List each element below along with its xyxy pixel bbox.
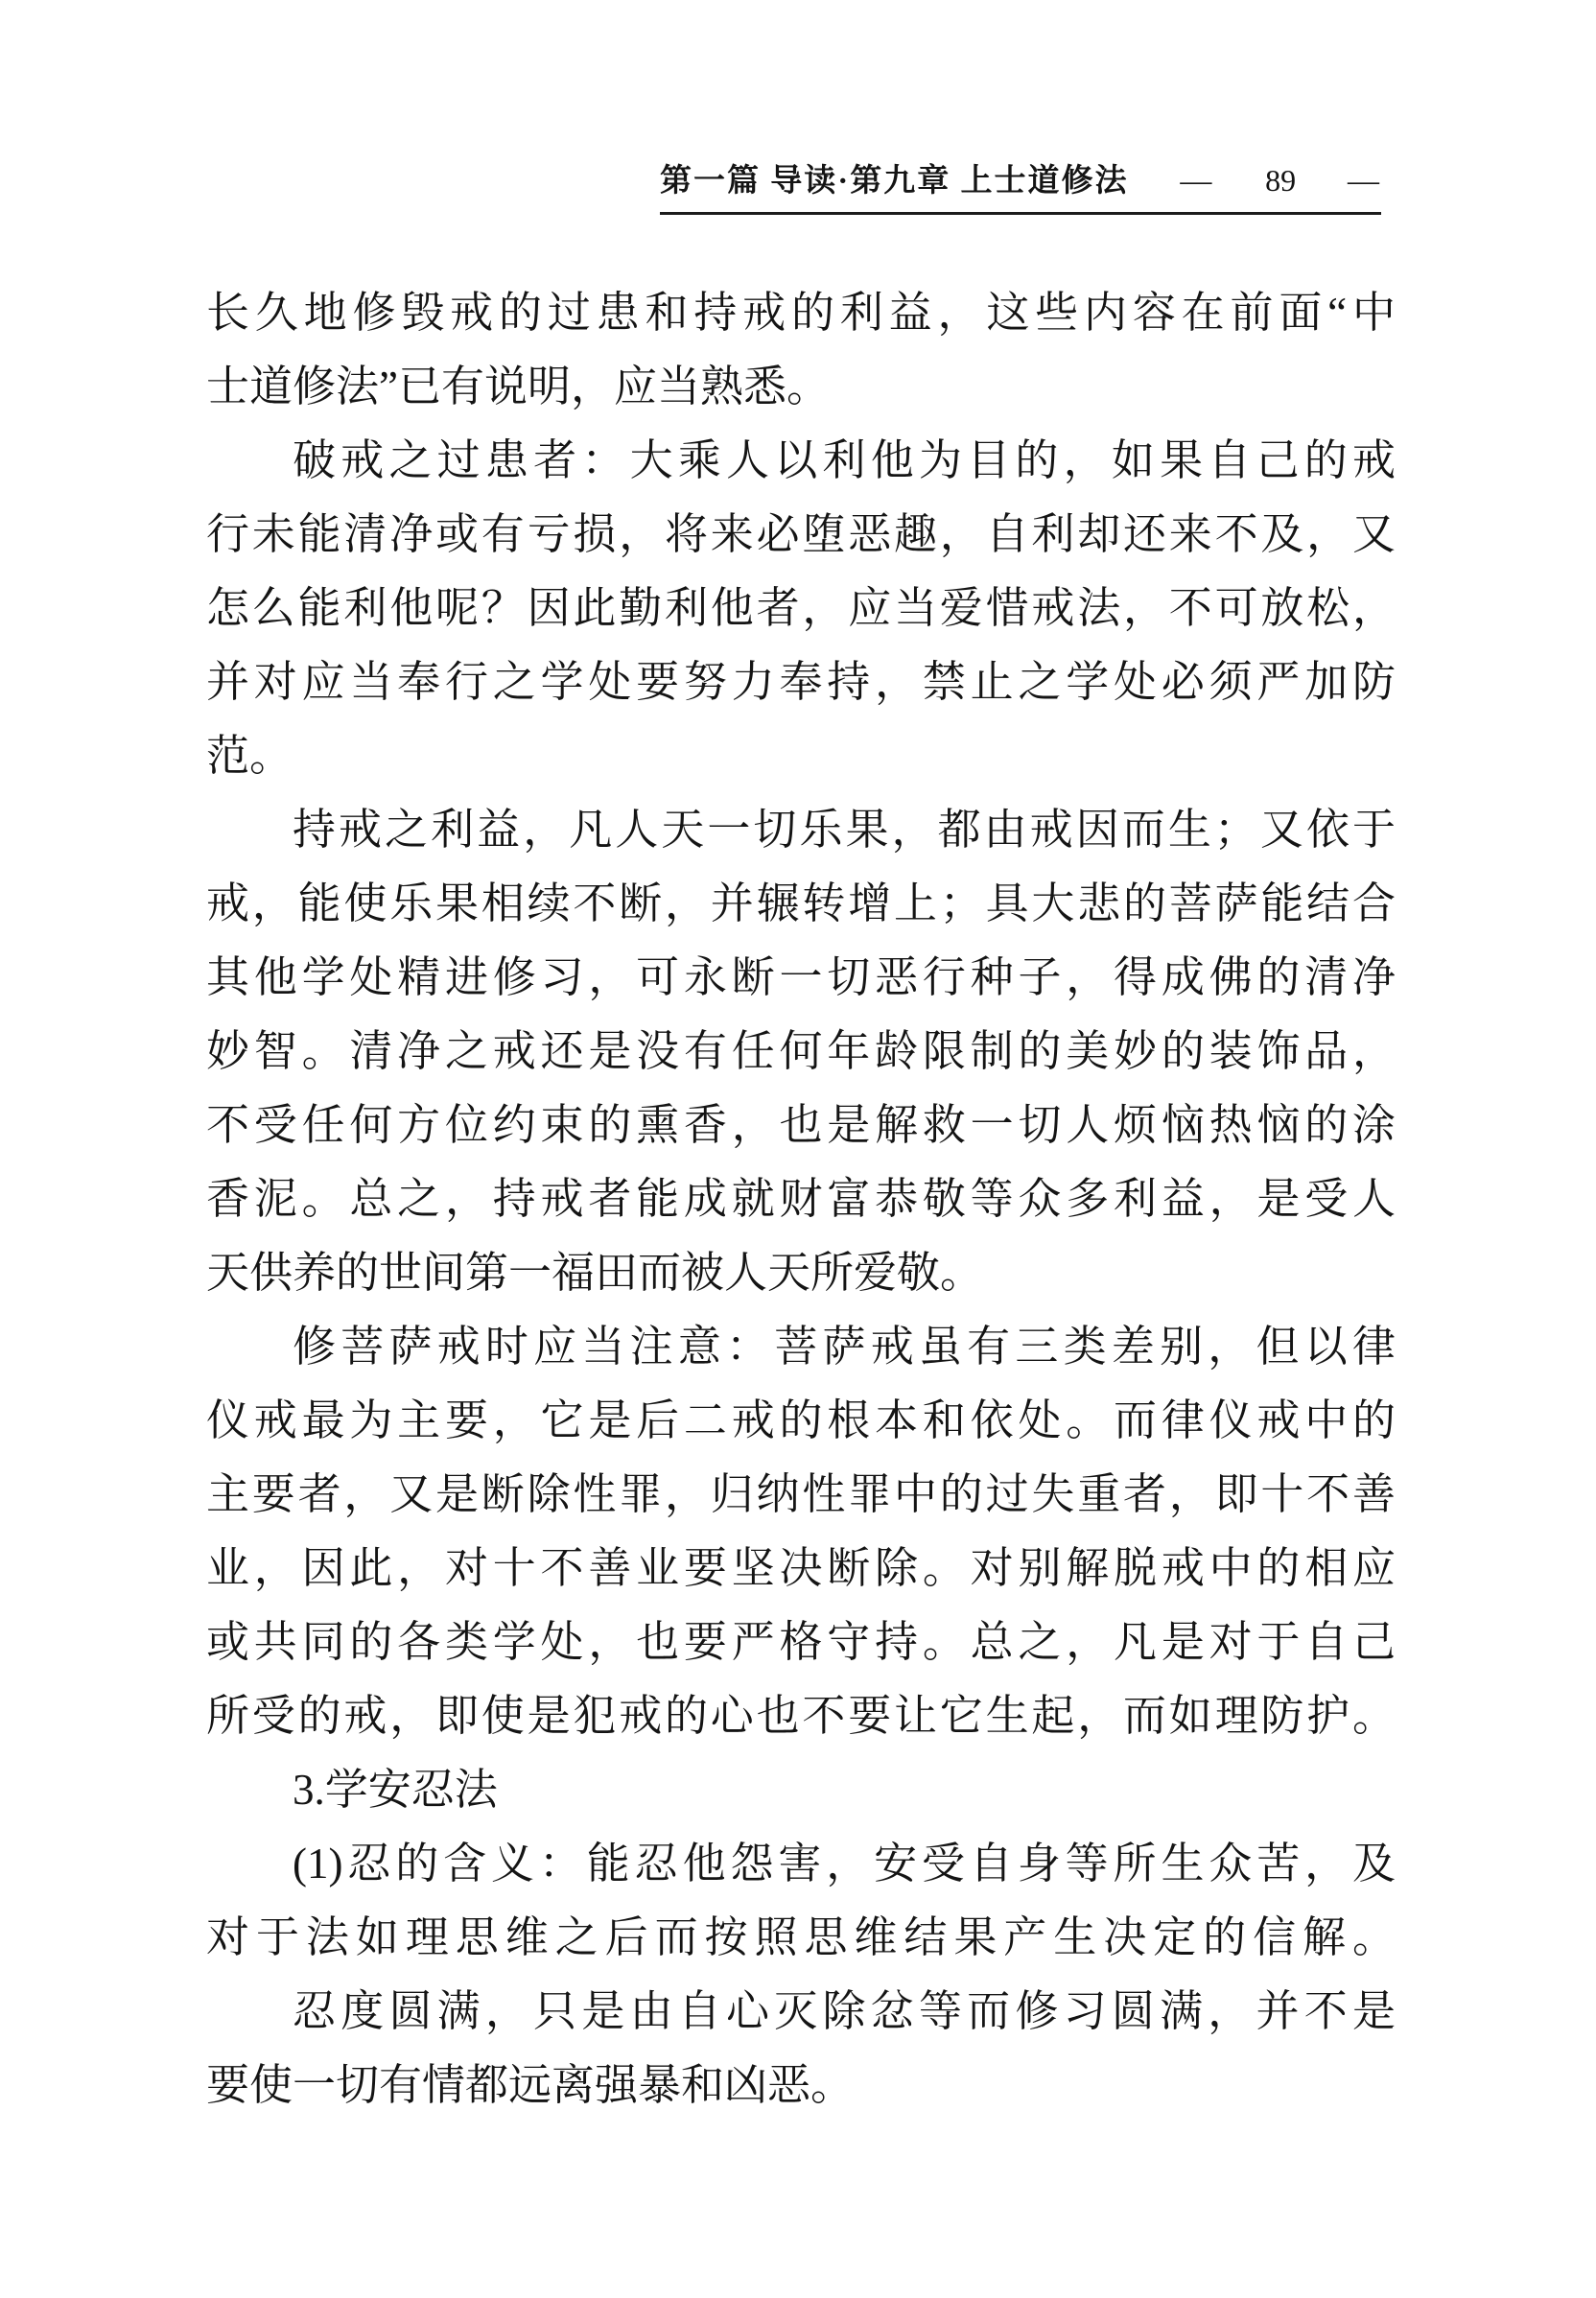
text-line: 主要者，又是断除性罪，归纳性罪中的过失重者，即十不善 bbox=[206, 1458, 1396, 1532]
text-line: 士道修法”已有说明，应当熟悉。 bbox=[206, 350, 1396, 424]
text-line: 行未能清净或有亏损，将来必堕恶趣，自利却还来不及，又 bbox=[206, 498, 1396, 572]
text-line: 不受任何方位约束的熏香，也是解救一切人烦恼热恼的涂 bbox=[206, 1089, 1396, 1162]
text-line: 破戒之过患者：大乘人以利他为目的，如果自己的戒 bbox=[206, 424, 1396, 498]
header-title: 第一篇 导读·第九章 上士道修法 bbox=[660, 155, 1129, 200]
text-line: 香泥。总之，持戒者能成就财富恭敬等众多利益，是受人 bbox=[206, 1162, 1396, 1236]
text-line: 仪戒最为主要，它是后二戒的根本和依处。而律仪戒中的 bbox=[206, 1384, 1396, 1458]
running-header: 第一篇 导读·第九章 上士道修法 — 89 — bbox=[660, 155, 1381, 215]
text-line: 天供养的世间第一福田而被人天所爱敬。 bbox=[206, 1236, 1396, 1310]
text-line: 妙智。清净之戒还是没有任何年龄限制的美妙的装饰品， bbox=[206, 1015, 1396, 1089]
text-line: 所受的戒，即使是犯戒的心也不要让它生起，而如理防护。 bbox=[206, 1679, 1396, 1753]
text-line: 并对应当奉行之学处要努力奉持，禁止之学处必须严加防 bbox=[206, 645, 1396, 719]
text-line: 怎么能利他呢？因此勤利他者，应当爱惜戒法，不可放松， bbox=[206, 572, 1396, 645]
text-body: 长久地修毁戒的过患和持戒的利益，这些内容在前面“中士道修法”已有说明，应当熟悉。… bbox=[206, 276, 1396, 2122]
text-line: 范。 bbox=[206, 719, 1396, 793]
text-line: 持戒之利益，凡人天一切乐果，都由戒因而生；又依于 bbox=[206, 793, 1396, 867]
text-line: 戒，能使乐果相续不断，并辗转增上；具大悲的菩萨能结合 bbox=[206, 867, 1396, 941]
text-line: 忍度圆满，只是由自心灭除忿等而修习圆满，并不是 bbox=[206, 1975, 1396, 2049]
text-line: 要使一切有情都远离强暴和凶恶。 bbox=[206, 2049, 1396, 2122]
page-number: 89 bbox=[1265, 163, 1296, 199]
text-line: (1)忍的含义：能忍他怨害，安受自身等所生众苦，及 bbox=[206, 1827, 1396, 1901]
text-line: 业，因此，对十不善业要坚决断除。对别解脱戒中的相应 bbox=[206, 1532, 1396, 1606]
text-line: 其他学处精进修习，可永断一切恶行种子，得成佛的清净 bbox=[206, 941, 1396, 1015]
text-line: 修菩萨戒时应当注意：菩萨戒虽有三类差别，但以律 bbox=[206, 1310, 1396, 1384]
text-line: 对于法如理思维之后而按照思维结果产生决定的信解。 bbox=[206, 1901, 1396, 1975]
header-dash-left: — bbox=[1180, 164, 1213, 199]
scanned-book-page: 第一篇 导读·第九章 上士道修法 — 89 — 长久地修毁戒的过患和持戒的利益，… bbox=[0, 0, 1596, 2298]
header-dash-right: — bbox=[1348, 164, 1381, 199]
text-line: 长久地修毁戒的过患和持戒的利益，这些内容在前面“中 bbox=[206, 276, 1396, 350]
text-line: 或共同的各类学处，也要严格守持。总之，凡是对于自己 bbox=[206, 1606, 1396, 1679]
text-line: 3.学安忍法 bbox=[206, 1753, 1396, 1827]
